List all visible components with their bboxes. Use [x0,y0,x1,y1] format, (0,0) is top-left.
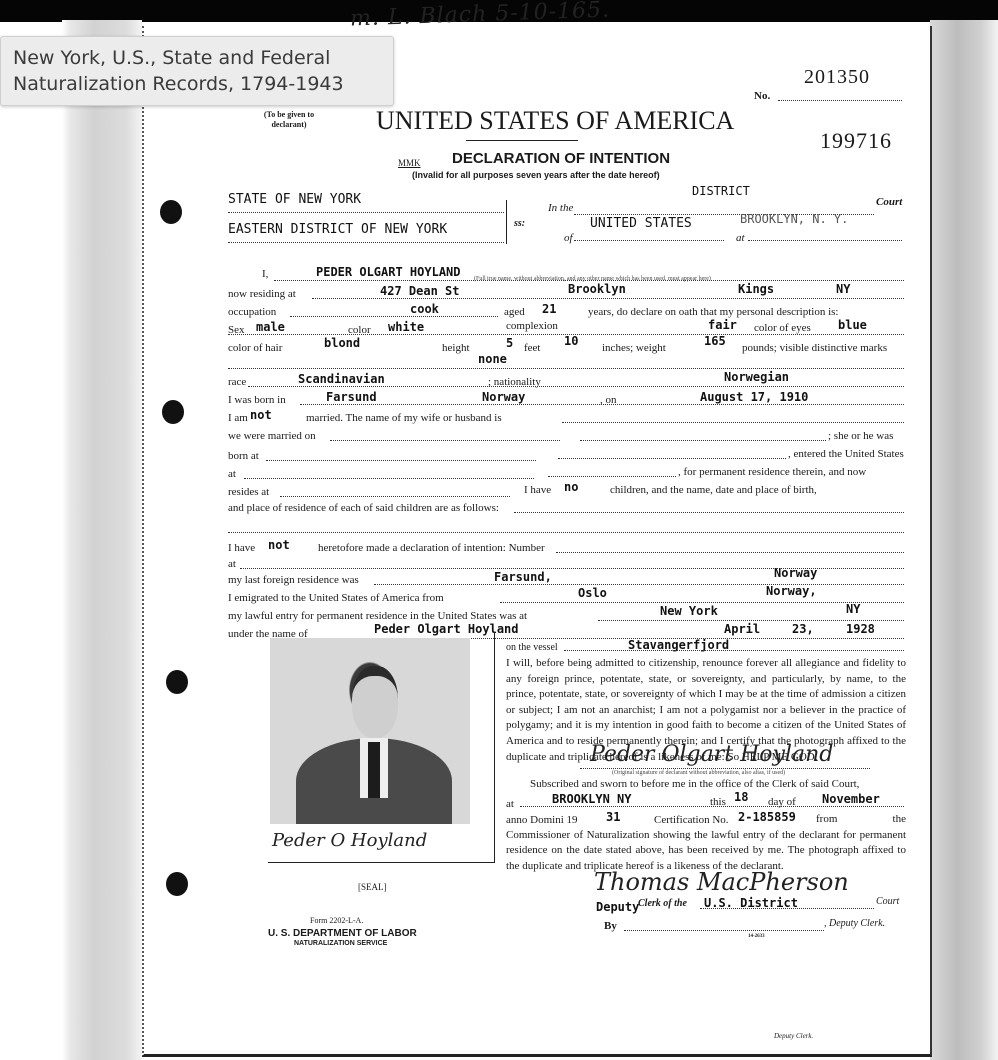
punch-hole [166,670,188,694]
court-of: UNITED STATES [590,216,692,231]
color: white [388,320,424,334]
residing-label: now residing at [228,288,296,300]
born-at-label: born at [228,450,259,462]
photo-face [352,666,398,738]
prior-status: not [268,538,290,552]
prior-text: heretofore made a declaration of intenti… [318,542,545,554]
birth-city: Farsund [326,390,377,404]
hair: blond [324,336,360,350]
last-residence-country: Norway [774,566,817,580]
punch-hole [166,872,188,896]
have-label: I have [524,484,551,496]
venue-state: STATE OF NEW YORK [228,192,361,207]
department: U. S. DEPARTMENT OF LABOR [268,928,417,939]
sex: male [256,320,285,334]
last-residence-city: Farsund, [494,570,552,584]
married-status: not [250,408,272,422]
last-residence-label: my last foreign residence was [228,574,359,586]
left-page-shadow [62,20,142,1060]
born-label: I was born in [228,394,286,406]
aged-label: aged [504,306,525,318]
entry-city: New York [660,604,718,618]
occupation-label: occupation [228,306,276,318]
at-court-label: at [228,558,236,570]
she-or-he-label: ; she or he was [828,430,893,442]
birth-country: Norway [482,390,525,404]
eyes: blue [838,318,867,332]
race: Scandinavian [298,372,385,386]
height-label: height [442,342,470,354]
entry-label: my lawful entry for permanent residence … [228,610,527,622]
entered-us-label: , entered the United States [788,448,904,460]
distinctive-marks: none [478,352,507,366]
declarant-photo [270,638,470,824]
eyes-label: color of eyes [754,322,811,334]
children-count: no [564,480,578,494]
pounds-label: pounds; visible distinctive marks [742,342,887,354]
at-label: at [228,468,236,480]
occupation: cook [410,302,439,316]
married-prefix: I am [228,412,248,424]
photo-signature: Peder O Hoyland [272,830,427,851]
race-label: race [228,376,246,388]
declarant-signature: Peder Olgart Hoyland [590,742,833,767]
right-page-shadow [930,20,998,1060]
declarant-name: PEDER OLGART HOYLAND [316,265,461,279]
entry-state: NY [846,602,860,616]
complexion-label: complexion [506,320,558,332]
street: 427 Dean St [380,284,459,298]
sworn-text: Subscribed and sworn to before me in the… [530,778,859,790]
weight: 165 [704,334,726,348]
at-label: at [736,232,745,244]
collection-title-tooltip: New York, U.S., State and Federal Natura… [0,36,394,106]
court-label: Court [876,196,902,208]
punch-hole [160,200,182,224]
vessel-label: on the vessel [506,642,558,653]
married-text: married. The name of my wife or husband … [306,412,502,424]
tooltip-line-2: Naturalization Records, 1794-1943 [1,71,393,97]
second-number: 199716 [820,128,892,154]
entry-year: 1928 [846,622,875,636]
prior-prefix: I have [228,542,255,554]
children-text: children, and the name, date and place o… [610,484,817,496]
emigrated-label: I emigrated to the United States of Amer… [228,592,444,604]
nationality: Norwegian [724,370,789,384]
document-title: DECLARATION OF INTENTION [452,150,670,167]
tooltip-line-1: New York, U.S., State and Federal [1,37,393,71]
court-suffix: Court [876,896,899,907]
photo-frame: Peder O Hoyland [268,632,495,863]
entry-day: 23, [792,622,814,636]
state: NY [836,282,850,296]
ss-label: ss: [514,218,525,229]
document-heading: UNITED STATES OF AMERICA [376,106,734,136]
inches-label: inches; weight [602,342,666,354]
clerk-initials: MMK [398,158,421,168]
married-on-label: we were married on [228,430,316,442]
court-at: BROOKLYN, N. Y. [740,212,848,226]
certification-text: from the Commissioner of Naturalization … [506,812,906,874]
serial-number: 201350 [804,66,870,89]
document-subtitle: (Invalid for all purposes seven years af… [412,170,660,180]
declare-text: years, do declare on oath that my person… [588,306,838,318]
hair-label: color of hair [228,342,282,354]
height-inches: 10 [564,334,578,348]
bottom-deputy-clerk: Deputy Clerk. [774,1032,813,1040]
in-the-label: In the [548,202,573,214]
children-text-2: and place of residence of each of said c… [228,502,499,514]
birth-date: August 17, 1910 [700,390,808,404]
entry-month: April [724,622,760,636]
copy-note: (To be given to declarant) [254,110,324,130]
print-code: 14-2633 [748,934,765,939]
age: 21 [542,302,556,316]
emigrated-country: Norway, [766,584,817,598]
sworn-day: 18 [734,790,748,804]
clerk-signature: Thomas MacPherson [594,868,849,896]
photo-tie [368,742,380,798]
clerk-of-label: Clerk of the [638,898,687,909]
declaration-document: (To be given to declarant) 201350 No. 19… [142,26,932,1057]
no-label: No. [754,90,770,102]
sworn-at-label: at [506,798,514,810]
sworn-month: November [822,792,880,806]
signature-hint: (Original signature of declarant without… [612,770,785,776]
feet-label: feet [524,342,540,354]
sworn-at: BROOKLYN NY [552,792,631,806]
by-label: By [604,920,617,932]
name-label: I, [262,268,268,280]
deputy-clerk-label: , Deputy Clerk. [824,918,885,929]
form-number: Form 2202-L-A. [310,916,363,925]
complexion: fair [708,318,737,332]
seal: [SEAL] [358,882,387,892]
court-type: DISTRICT [692,184,750,198]
city: Brooklyn [568,282,626,296]
venue-district: EASTERN DISTRICT OF NEW YORK [228,222,447,237]
resides-at-label: resides at [228,486,269,498]
permanent-label: , for permanent residence therein, and n… [678,466,866,478]
height-feet: 5 [506,336,513,350]
emigrated-city: Oslo [578,586,607,600]
punch-hole [162,400,184,424]
deputy-label: Deputy [596,900,639,914]
county: Kings [738,282,774,296]
service: NATURALIZATION SERVICE [294,940,387,947]
of-label: of [564,232,573,244]
